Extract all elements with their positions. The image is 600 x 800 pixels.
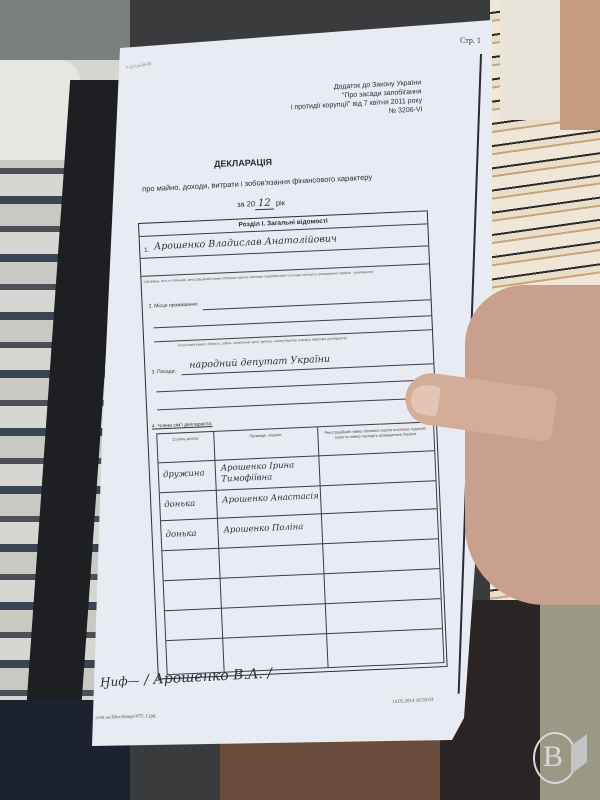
- row-2-name: Арошенко Анастасія: [222, 491, 319, 506]
- row-3-name: Арошенко Поліна: [223, 522, 303, 536]
- declarant-name: Арошенко Владислав Анатолійович: [154, 233, 337, 252]
- print-timestamp: 14.05.2014 18:50:03: [392, 698, 434, 705]
- document-title: ДЕКЛАРАЦІЯ: [214, 157, 272, 169]
- divider: [157, 397, 435, 410]
- field-1-number: 1.: [144, 248, 149, 254]
- row-divider: [166, 628, 442, 641]
- row-divider: [161, 508, 437, 521]
- column-divider: [317, 427, 328, 667]
- row-3-relation: донька: [165, 529, 196, 541]
- field-4-label: 4. Члени сім'ї декларанта:: [152, 421, 213, 430]
- logo-watermark: В: [533, 730, 587, 784]
- form-code: F-11 Ua 04-03: [126, 61, 152, 70]
- field-2-caption: (поштовий індекс, область, район, населе…: [178, 336, 346, 347]
- family-members-table: Ступінь зв'язку Прізвище, ініціали Реєст…: [156, 421, 444, 675]
- book-icon: [571, 734, 587, 774]
- field-3-label: 3. Посада:: [151, 368, 176, 375]
- row-2-relation: донька: [164, 499, 195, 511]
- signature: Ӈиф— / Арошенко В.А. /: [100, 666, 273, 691]
- field-2-label: 2. Місце проживання:: [149, 301, 199, 309]
- row-1-name: Арошенко Ірина Тимофіївна: [221, 460, 312, 486]
- annex-header: Додаток до Закону України "Про засади за…: [241, 78, 423, 123]
- row-divider: [165, 598, 441, 611]
- divider: [203, 299, 431, 310]
- source-url: ...com.ua/files/image/479_1.jpg: [92, 714, 156, 721]
- section-general-info: Розділ І. Загальні відомості 1. Арошенко…: [138, 210, 448, 679]
- holding-hand: [405, 285, 600, 605]
- header-relation: Ступінь зв'язку: [159, 436, 211, 443]
- row-1-relation: дружина: [163, 468, 205, 481]
- divider: [156, 379, 434, 392]
- divider: [154, 315, 432, 328]
- year-handwritten: 12: [255, 198, 274, 211]
- page-number: Стр. 1: [460, 36, 481, 45]
- document-subtitle: про майно, доходи, витрати і зобов'язанн…: [142, 171, 392, 193]
- header-name: Прізвище, ініціали: [217, 432, 313, 441]
- background-neck: [560, 0, 600, 130]
- background-arm: [220, 740, 440, 800]
- field-1-caption: (прізвище, ім'я, по батькові, реєстрацій…: [143, 270, 373, 284]
- row-divider: [164, 568, 440, 581]
- declaration-year: за 2012 рік: [237, 197, 285, 210]
- row-divider: [162, 538, 438, 551]
